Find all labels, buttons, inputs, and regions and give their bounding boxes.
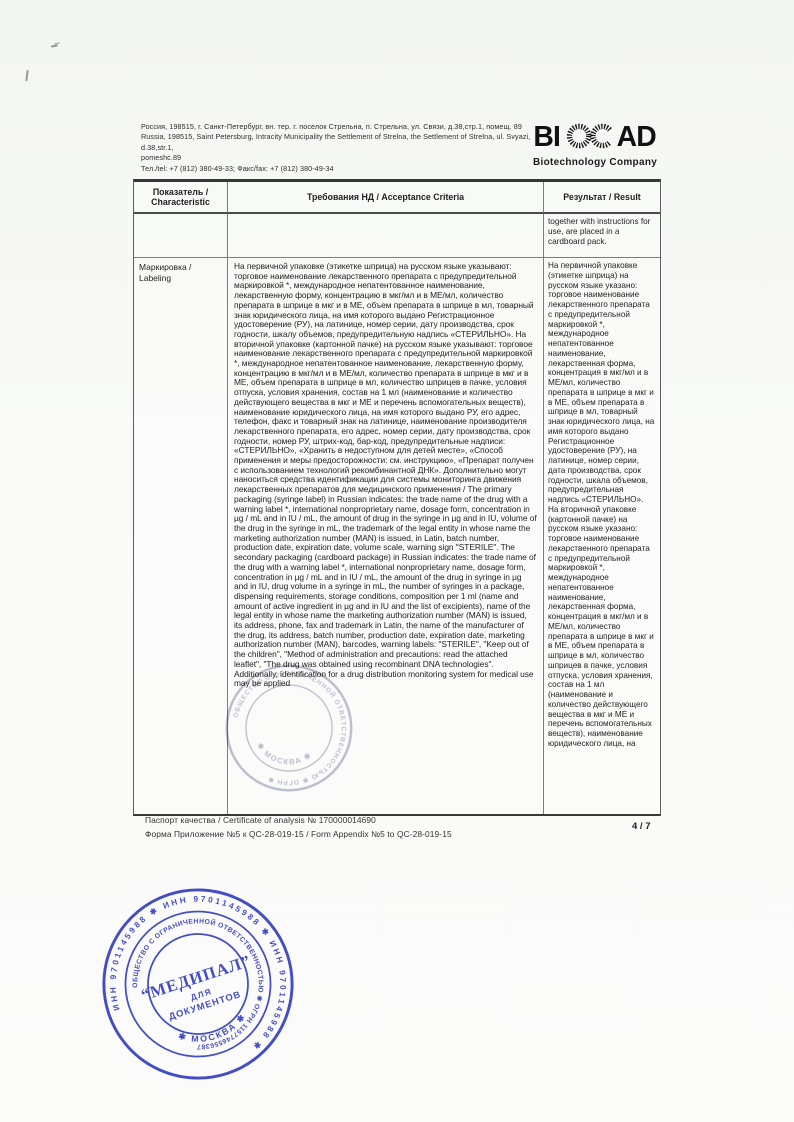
table-cell-result: На первичной упаковке (этикетке шприца) … <box>544 258 660 814</box>
medipal-stamp: ИНН 9701145988 ✱ ИНН 9701145988 ✱ ИНН 97… <box>75 861 322 1108</box>
overlay-stamp-bottom-text: ✱ МОСКВА ✱ <box>252 740 314 771</box>
logo-letter-c <box>593 126 610 145</box>
biocad-logo: BI AD Biotechnology Company <box>533 116 673 168</box>
biocad-logo-mark: BI AD <box>533 116 667 156</box>
logo-letter-o <box>570 126 589 145</box>
logo-text-bi: BI <box>533 121 560 153</box>
table-cell-result: together with instructions for use, are … <box>544 214 660 258</box>
address-line-en: Russia, 198515, Saint Petersburg, Intrac… <box>141 132 541 153</box>
table-cell-characteristic: Маркировка / Labeling <box>134 258 228 814</box>
column-header-result: Результат / Result <box>544 182 660 214</box>
scan-artifact <box>51 44 58 47</box>
table-cell-criteria <box>228 214 544 258</box>
column-header-characteristic: Показатель / Characteristic <box>134 182 228 214</box>
logo-text-ad: AD <box>617 121 657 153</box>
address-line-en2: pomeshc.89 <box>141 153 541 163</box>
overlay-stamp: ОБЩЕСТВО С ОГРАНИЧЕННОЙ ОТВЕТСТВЕННОСТЬЮ… <box>210 649 367 806</box>
scanned-document-page: Россия, 198515, г. Санкт-Петербург, вн. … <box>0 0 794 1122</box>
svg-text:✱ МОСКВА ✱: ✱ МОСКВА ✱ <box>252 740 314 771</box>
page-number: 4 / 7 <box>632 821 651 832</box>
table-cell-characteristic <box>134 214 228 258</box>
certificate-number-line: Паспорт качества / Certificate of analys… <box>145 815 376 825</box>
overlay-stamp-ring-text: ОБЩЕСТВО С ОГРАНИЧЕННОЙ ОТВЕТСТВЕННОСТЬЮ… <box>221 660 356 796</box>
letterhead: Россия, 198515, г. Санкт-Петербург, вн. … <box>141 122 541 174</box>
acceptance-criteria-table: Показатель / Characteristic Требования Н… <box>133 179 661 816</box>
logo-tagline: Biotechnology Company <box>533 157 673 168</box>
column-header-criteria: Требования НД / Acceptance Criteria <box>228 182 544 214</box>
form-reference-line: Форма Приложение №5 к QC-28-019-15 / For… <box>145 829 452 839</box>
svg-text:ОБЩЕСТВО С ОГРАНИЧЕННОЙ ОТВЕТС: ОБЩЕСТВО С ОГРАНИЧЕННОЙ ОТВЕТСТВЕННОСТЬЮ… <box>221 660 356 796</box>
scan-artifact <box>25 70 28 81</box>
phone-fax-line: Тел./tel: +7 (812) 380-49-33; Факс/fax: … <box>141 164 541 174</box>
address-line-ru: Россия, 198515, г. Санкт-Петербург, вн. … <box>141 122 541 132</box>
